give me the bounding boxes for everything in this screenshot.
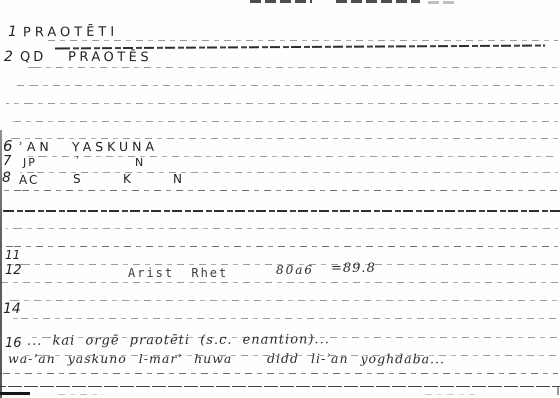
margin-number-16: 16 — [5, 336, 22, 351]
rule-line — [20, 172, 558, 173]
abbrev-ac: AC — [19, 173, 39, 187]
index-card: 1 PRAOTĒTI 2 QD PRAOTĒS 6 ʾAN YASKUNA 7 … — [0, 0, 560, 398]
right-edge-mark — [557, 386, 559, 395]
rule-line — [28, 156, 558, 157]
locus-80a6: 80a6 — [276, 263, 314, 277]
rule-line — [24, 67, 558, 68]
equals-value: =89.8 — [331, 261, 376, 276]
rule-line — [0, 210, 560, 212]
rule-line — [0, 190, 558, 191]
arabic-translit-part1: wa-ʾan yaskuno l-marʾ huwa — [8, 351, 232, 366]
margin-number-12: 12 — [5, 263, 22, 278]
bottom-edge-fragment — [58, 394, 103, 395]
abbrev-s: S — [73, 172, 81, 186]
rule-line — [16, 85, 558, 86]
top-edge-mark — [428, 1, 454, 4]
margin-number-2: 2 — [4, 49, 13, 65]
rule-line — [6, 103, 558, 104]
rule-line — [48, 40, 558, 41]
margin-number-7: 7 — [3, 154, 11, 169]
abbrev-qd: QD — [20, 50, 46, 65]
margin-number-8: 8 — [2, 170, 11, 186]
rule-line — [6, 228, 558, 229]
margin-number-14: 14 — [3, 301, 21, 317]
citation-arist-rhet: Arist Rhet — [128, 266, 228, 280]
arabic-translit-part2: didd li-ʾan yoghdaba... — [267, 351, 445, 367]
rule-line — [0, 373, 558, 374]
abbrev-jp: JP — [23, 156, 37, 169]
top-edge-mark — [250, 0, 312, 3]
margin-number-1: 1 — [8, 24, 17, 40]
headword-praotes: PRAOTĒS — [68, 50, 152, 65]
entry-an: ʾAN — [19, 139, 53, 154]
rule-line — [6, 300, 558, 301]
rule-line — [12, 121, 558, 122]
rule-line — [0, 282, 558, 283]
bottom-left-edge-bar — [0, 392, 30, 395]
margin-number-6: 6 — [3, 137, 13, 155]
rule-line — [0, 246, 558, 247]
rule-line — [10, 318, 558, 319]
greek-quotation: ... kai orgē praotēti (s.c. enantion)... — [27, 332, 330, 349]
margin-number-11: 11 — [5, 248, 20, 262]
mark-hamza: ʾ — [76, 154, 79, 167]
abbrev-n2: N — [173, 172, 182, 186]
headword-praoteti: PRAOTĒTI — [23, 25, 118, 41]
abbrev-k: K — [123, 172, 131, 186]
rule-line — [55, 45, 545, 50]
abbrev-n: N — [135, 156, 143, 169]
rule-line — [0, 386, 560, 387]
entry-yaskuna: YASKUNA — [72, 139, 158, 154]
bottom-edge-fragment — [425, 394, 475, 395]
top-edge-mark — [336, 0, 420, 3]
